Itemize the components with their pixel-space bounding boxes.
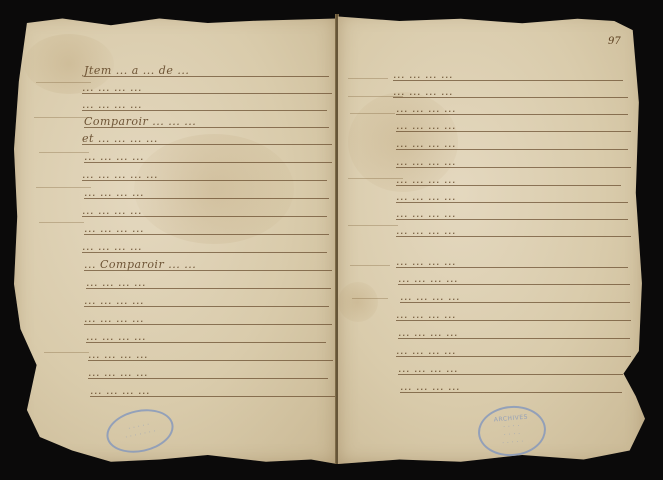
- text-line: ... ... ... ...: [393, 87, 628, 98]
- text-line: ... ... ... ...: [396, 192, 628, 203]
- manuscript-photo: Jtem ... a ... de ... ... ... ... ... ..…: [0, 0, 663, 480]
- stamp-text: · · · · ·: [502, 438, 524, 448]
- archive-stamp: ARCHIVES · · · · · · · · · · · · ·: [476, 403, 548, 459]
- text-line: ... ... ... ...: [398, 274, 630, 285]
- text-line: ... ... ... ...: [396, 139, 628, 150]
- text-line: Comparoir ... ... ...: [84, 117, 329, 128]
- text-line: ... ... ... ...: [84, 314, 332, 325]
- text-line: ... ... ... ...: [396, 310, 631, 321]
- text-line: ... ... ... ...: [90, 386, 335, 397]
- margin-note: [350, 105, 395, 114]
- margin-note: [44, 344, 89, 353]
- text-line: ... ... ... ...: [84, 224, 329, 235]
- text-line: ... ... ... ...: [84, 296, 329, 307]
- text-line: ... Comparoir ... ...: [84, 260, 332, 271]
- text-line: ... ... ... ...: [396, 121, 631, 132]
- text-line: ... ... ... ...: [86, 278, 331, 289]
- text-line: ... ... ... ...: [398, 364, 623, 375]
- margin-note: [348, 217, 398, 226]
- margin-note: [39, 144, 89, 153]
- text-line: ... ... ... ...: [396, 104, 628, 115]
- margin-note: [352, 290, 388, 299]
- text-line: ... ... ... ...: [396, 175, 621, 186]
- margin-note: [348, 170, 403, 179]
- text-line: ... ... ... ...: [396, 157, 631, 168]
- text-line: ... ... ... ...: [396, 226, 631, 237]
- text-line: ... ... ... ...: [86, 332, 326, 343]
- text-line: ... ... ... ...: [82, 206, 327, 217]
- text-line: ... ... ... ...: [84, 152, 332, 163]
- margin-note: [39, 214, 84, 223]
- water-stain: [338, 282, 378, 322]
- text-line: et ... ... ... ...: [82, 134, 332, 145]
- text-line: Jtem ... a ... de ...: [84, 66, 329, 77]
- margin-note: [34, 109, 89, 118]
- text-line: ... ... ... ...: [400, 292, 630, 303]
- text-line: ... ... ... ...: [88, 368, 328, 379]
- text-line: ... ... ... ...: [400, 382, 622, 393]
- text-line: ... ... ... ... ...: [82, 170, 327, 181]
- text-line: ... ... ... ...: [398, 328, 630, 339]
- text-line: ... ... ... ...: [84, 188, 329, 199]
- text-line: ... ... ... ...: [82, 242, 327, 253]
- right-page: 97 ... ... ... ... ... ... ... ... ... .…: [338, 12, 645, 464]
- left-page: Jtem ... a ... de ... ... ... ... ... ..…: [14, 14, 337, 464]
- text-line: ... ... ... ...: [396, 257, 628, 268]
- text-line: ... ... ... ...: [82, 83, 332, 94]
- text-line: ... ... ... ...: [393, 70, 623, 81]
- folio-number: 97: [608, 36, 621, 47]
- text-line: ... ... ... ...: [396, 209, 628, 220]
- text-line: ... ... ... ...: [396, 346, 631, 357]
- margin-note: [350, 257, 390, 266]
- archive-stamp: · · · · · · · · · · · ·: [102, 403, 177, 458]
- text-line: ... ... ... ...: [88, 350, 333, 361]
- margin-note: [348, 70, 388, 79]
- text-line: ... ... ... ...: [82, 100, 327, 111]
